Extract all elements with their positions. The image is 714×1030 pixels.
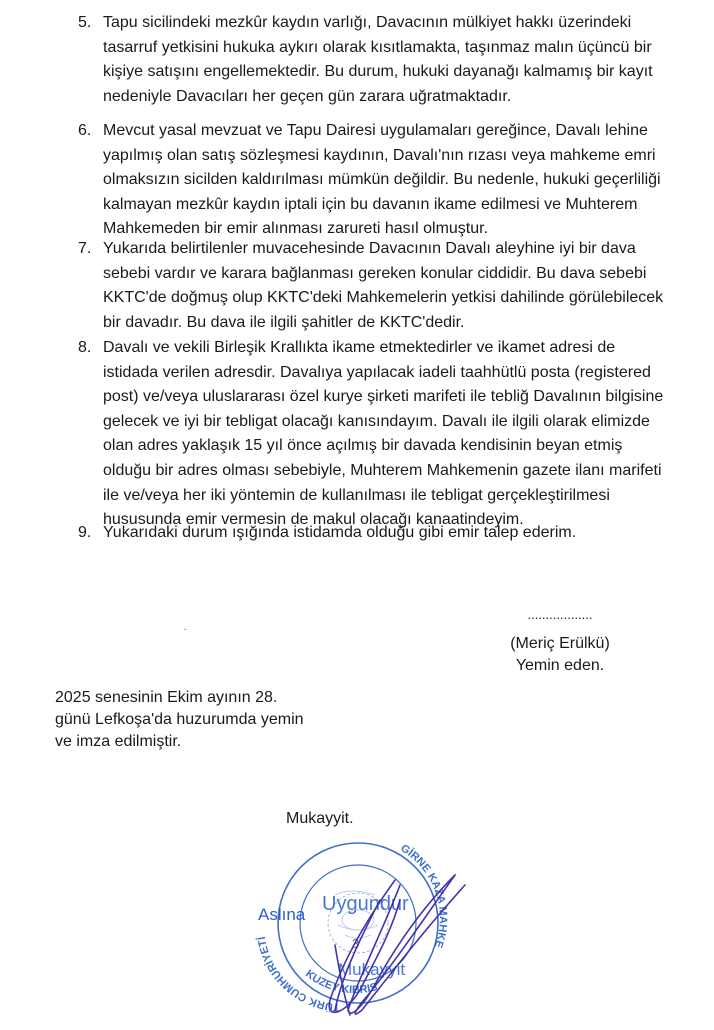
paragraph-8: 8. Davalı ve vekili Birleşik Krallıkta i… <box>78 336 678 533</box>
paragraph-number: 5. <box>78 11 100 36</box>
text-line: ile ve/veya her iki yöntemin de kullanıl… <box>103 484 678 509</box>
paragraph-number: 7. <box>78 237 100 262</box>
text-line: gelecek ve iyi bir tebligat olacağı kanı… <box>103 410 678 435</box>
oath-date-line: ve imza edilmiştir. <box>55 731 304 753</box>
paragraph-6: 6. Mevcut yasal mevzuat ve Tapu Dairesi … <box>78 119 678 242</box>
text-line: Tapu sicilindeki mezkûr kaydın varlığı, … <box>103 11 678 36</box>
signature-line: .................. <box>490 604 630 626</box>
text-line: nedeniyle Davacıları her geçen gün zarar… <box>103 85 678 110</box>
oath-date-line: 2025 senesinin Ekim ayının 28. <box>55 687 304 709</box>
paragraph-text: Davalı ve vekili Birleşik Krallıkta ikam… <box>103 336 678 533</box>
paragraph-number: 8. <box>78 336 100 361</box>
text-line: Mevcut yasal mevzuat ve Tapu Dairesi uyg… <box>103 119 678 144</box>
signatory-name: (Meriç Erülkü) <box>490 633 630 655</box>
text-line: Yukarıda belirtilenler muvacehesinde Dav… <box>103 237 678 262</box>
text-line: olduğu bir adres olması sebebiyle, Muhte… <box>103 459 678 484</box>
text-line: post) ve/veya uluslararası özel kurye şi… <box>103 385 678 410</box>
text-line: Yukarıdaki durum ışığında istidamda oldu… <box>103 521 678 546</box>
paragraph-number: 9. <box>78 521 100 546</box>
paragraph-5: 5. Tapu sicilindeki mezkûr kaydın varlığ… <box>78 11 678 109</box>
text-line: kişiye satışını engellemektedir. Bu duru… <box>103 60 678 85</box>
court-stamp-icon: KUZEY KIBRIS TÜRK CUMHURİYETİ GİRNE KAZA… <box>250 825 470 1025</box>
paragraph-number: 6. <box>78 119 100 144</box>
paragraph-text: Yukarıdaki durum ışığında istidamda oldu… <box>103 521 678 546</box>
paragraph-text: Yukarıda belirtilenler muvacehesinde Dav… <box>103 237 678 335</box>
paragraph-9: 9. Yukarıdaki durum ışığında istidamda o… <box>78 521 678 546</box>
text-line: olmaksızın sicilden kaldırılması mümkün … <box>103 168 678 193</box>
text-line: tasarruf yetkisini hukuka aykırı olarak … <box>103 36 678 61</box>
paragraph-text: Tapu sicilindeki mezkûr kaydın varlığı, … <box>103 11 678 109</box>
text-line: KKTC'de doğmuş olup KKTC'deki Mahkemeler… <box>103 286 678 311</box>
paragraph-text: Mevcut yasal mevzuat ve Tapu Dairesi uyg… <box>103 119 678 242</box>
scan-speck: ˆ <box>184 631 187 634</box>
text-line: bir davadır. Bu dava ile ilgili şahitler… <box>103 311 678 336</box>
oath-date-block: 2025 senesinin Ekim ayının 28. günü Lefk… <box>55 687 304 753</box>
paragraph-7: 7. Yukarıda belirtilenler muvacehesinde … <box>78 237 678 335</box>
stamp-overlay-left: Aslına <box>258 905 306 924</box>
text-line: Davalı ve vekili Birleşik Krallıkta ikam… <box>103 336 678 361</box>
text-line: sebebi vardır ve karara bağlanması gerek… <box>103 262 678 287</box>
signatory-role: Yemin eden. <box>490 655 630 677</box>
text-line: olan adres yaklaşık 15 yıl önce açılmış … <box>103 434 678 459</box>
oath-date-line: günü Lefkoşa'da huzurumda yemin <box>55 709 304 731</box>
text-line: kalmayan mezkûr kaydın iptali için bu da… <box>103 193 678 218</box>
text-line: istidada verilen adresdir. Davalıya yapı… <box>103 361 678 386</box>
text-line: yapılmış olan satış sözleşmesi kaydının,… <box>103 144 678 169</box>
